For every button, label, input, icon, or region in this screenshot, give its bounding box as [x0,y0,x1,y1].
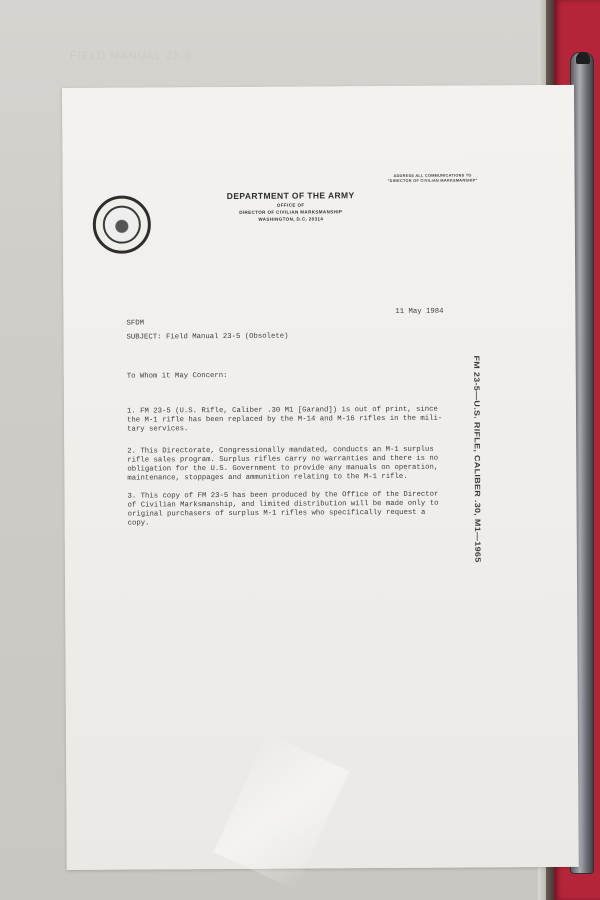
letterhead-address: WASHINGTON, D.C. 20314 [201,216,381,222]
sleeve-ghost-text: FIELD MANUAL 23-5 [70,50,270,64]
letterhead-title: DEPARTMENT OF THE ARMY [201,190,381,201]
letterhead-office: OFFICE OF [201,202,381,208]
letter-page: ADDRESS ALL COMMUNICATIONS TO "DIRECTOR … [62,85,579,870]
paragraph-2: 2. This Directorate, Congressionally man… [127,446,457,484]
paragraph-3: 3. This copy of FM 23-5 has been produce… [127,491,457,529]
sleeve-glare [213,734,349,890]
salutation: To Whom it May Concern: [127,372,228,382]
paragraph-1: 1. FM 23-5 (U.S. Rifle, Caliber .30 M1 [… [127,406,457,435]
letter-date: 11 May 1984 [395,308,443,317]
dod-seal-icon [93,195,151,253]
binder-ring-hole [576,52,590,64]
address-note-line2: "DIRECTOR OF CIVILIAN MARKSMANSHIP" [373,178,493,184]
letterhead: DEPARTMENT OF THE ARMY OFFICE OF DIRECTO… [201,190,381,222]
letterhead-directorate: DIRECTOR OF CIVILIAN MARKSMANSHIP [201,209,381,215]
spine-label: FM 23-5—U.S. RIFLE, CALIBER .30, M1—1965 [472,355,482,562]
subject-line: SUBJECT: Field Manual 23-5 (Obsolete) [127,333,289,343]
address-note: ADDRESS ALL COMMUNICATIONS TO "DIRECTOR … [373,173,493,184]
eagle-emblem-icon [103,206,141,244]
office-symbol: SFDM [126,320,144,329]
